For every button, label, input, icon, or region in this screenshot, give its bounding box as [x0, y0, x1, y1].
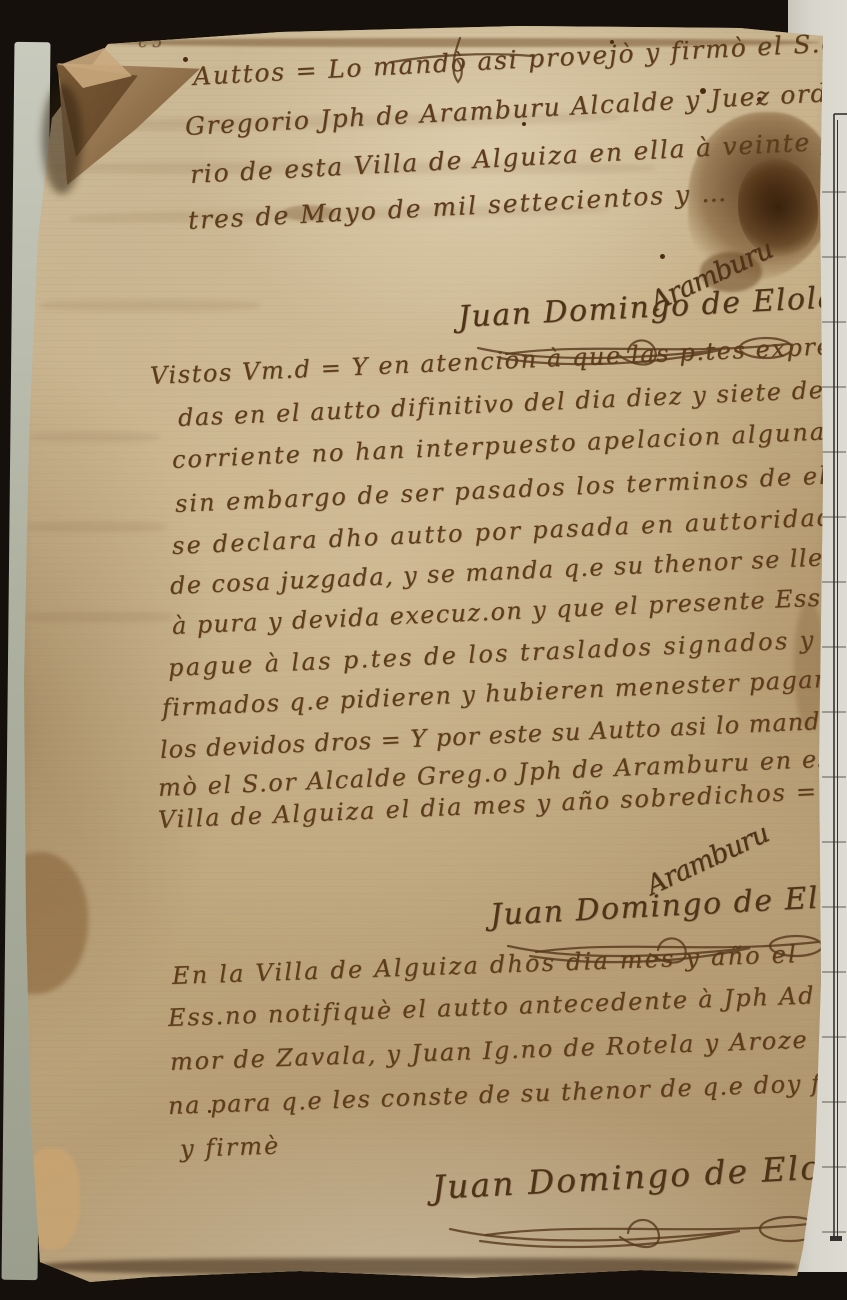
- manuscript-line: mor de Zavala, y Juan Ig.no de Rotela y …: [170, 1026, 809, 1076]
- manuscript-line: En la Villa de Alguiza dhos dia mes y añ…: [172, 940, 799, 990]
- manuscript-line: Ess.no notifiquè el autto antecedente à …: [168, 981, 816, 1032]
- bleedthrough-streak: [40, 300, 260, 311]
- manuscript-line: na para q.e les conste de su thenor de q…: [168, 1069, 838, 1120]
- ink-speck: [660, 254, 665, 259]
- bleedthrough-streak: [26, 522, 166, 532]
- manuscript-line: y firmè: [180, 1132, 281, 1163]
- bleedthrough-streak: [24, 612, 174, 622]
- manuscript-line: tres de Mayo de mil settecientos y …: [187, 178, 728, 235]
- corner-shadow: [42, 84, 82, 194]
- manuscript-scan: c 5 Auttos = Lo mandò asi provejò y firm…: [0, 0, 847, 1300]
- bleedthrough-streak: [30, 432, 160, 442]
- signature-flourish: [440, 1205, 830, 1253]
- torn-corner: [48, 44, 213, 194]
- bottom-deckle-edge: [42, 1258, 797, 1275]
- manuscript-page: c 5 Auttos = Lo mandò asi provejò y firm…: [0, 0, 847, 1300]
- signature-elola: Juan Domingo de Elola: [431, 1146, 847, 1207]
